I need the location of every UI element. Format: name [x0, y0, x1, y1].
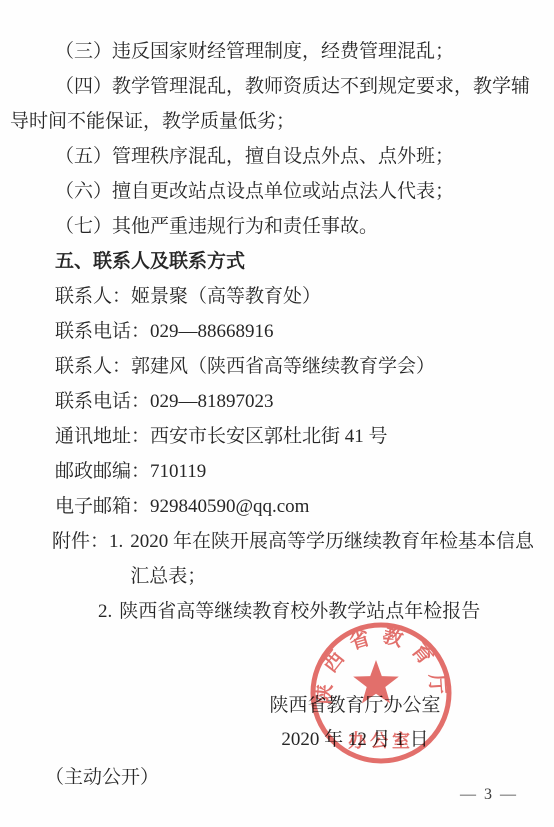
attachment-item-2: 2. 陕西省高等继续教育校外教学站点年检报告 [98, 594, 546, 629]
document-page: （三）违反国家财经管理制度，经费管理混乱； （四）教学管理混乱，教师资质达不到规… [0, 0, 554, 827]
contact-address-line: 通讯地址：西安市长安区郭杜北街 41 号 [10, 419, 546, 454]
contact-zipcode-line: 邮政邮编：710119 [10, 454, 546, 489]
signature-block: 陕西省教育厅办公室 2020 年 12 月 1 日 [268, 689, 442, 757]
list-item-7: （七）其他严重违规行为和责任事故。 [10, 209, 546, 244]
signature-issuer: 陕西省教育厅办公室 [268, 689, 442, 723]
list-item-3: （三）违反国家财经管理制度，经费管理混乱； [10, 34, 546, 69]
contact-phone-line: 联系电话：029—88668916 [10, 314, 546, 349]
attachment-1-title: 2020 年在陕开展高等学历继续教育年检基本信息汇总表； [130, 524, 546, 594]
attachment-1-number: 1. [109, 524, 123, 559]
attachment-2-number: 2. [98, 594, 112, 629]
attachments-block: 附件： 1. 2020 年在陕开展高等学历继续教育年检基本信息汇总表； 2. 陕… [52, 524, 546, 629]
contact-person-line-2: 联系人：郭建风（陕西省高等继续教育学会） [10, 349, 546, 384]
list-item-4: （四）教学管理混乱，教师资质达不到规定要求，教学辅导时间不能保证，教学质量低劣； [10, 69, 546, 139]
section-heading: 五、联系人及联系方式 [10, 244, 546, 279]
attachment-item-1: 附件： 1. 2020 年在陕开展高等学历继续教育年检基本信息汇总表； [52, 524, 546, 594]
page-number: — 3 — [460, 786, 518, 804]
contact-phone-line-2: 联系电话：029—81897023 [10, 384, 546, 419]
contact-person-line: 联系人：姬景聚（高等教育处） [10, 279, 546, 314]
contact-email-line: 电子邮箱：929840590@qq.com [10, 489, 546, 524]
list-item-6: （六）擅自更改站点设点单位或站点法人代表； [10, 174, 546, 209]
list-item-5: （五）管理秩序混乱，擅自设点外点、点外班； [10, 139, 546, 174]
document-body: （三）违反国家财经管理制度，经费管理混乱； （四）教学管理混乱，教师资质达不到规… [10, 34, 546, 629]
disclosure-note: （主动公开） [45, 762, 159, 789]
attachment-2-title: 陕西省高等继续教育校外教学站点年检报告 [119, 594, 480, 629]
attachments-label: 附件： [52, 524, 109, 559]
signature-date: 2020 年 12 月 1 日 [268, 723, 442, 757]
